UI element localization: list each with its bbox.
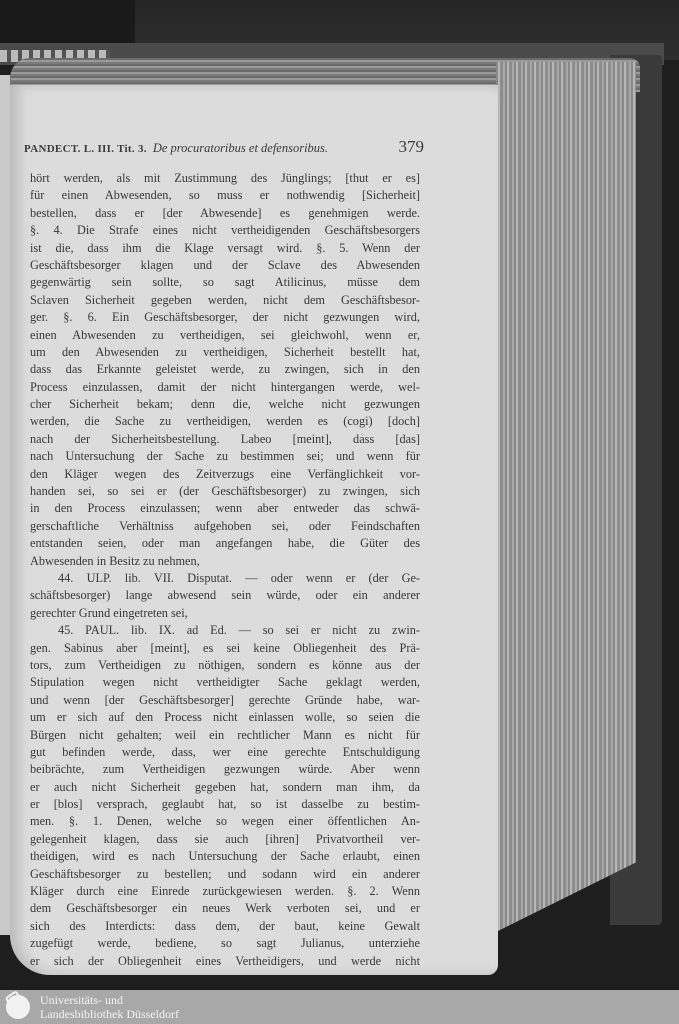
text-line: Abwesenden in Besitz zu nehmen, — [30, 553, 420, 570]
page-edges-right — [496, 62, 636, 932]
text-line: sich des Interdicts: dass dem, der baut,… — [30, 918, 420, 935]
text-line: Geschäftsbesorger klagen und der Sclave … — [30, 257, 420, 274]
text-line: für einen Abwesenden, so muss er nothwen… — [30, 187, 420, 204]
text-line: Geschäftsbesorger zu bestellen; und soda… — [30, 866, 420, 883]
text-line: §. 4. Die Strafe eines nicht vertheidige… — [30, 222, 420, 239]
text-line: Stipulation wegen nicht vertheidigter Sa… — [30, 674, 420, 691]
text-line: schäftsbesorger) lange abwesend sein wür… — [30, 587, 420, 604]
text-line: um er sich auf den Process nicht einlass… — [30, 709, 420, 726]
text-line: Process einzulassen, damit der nicht hin… — [30, 379, 420, 396]
text-line: 44. ULP. lib. VII. Disputat. — oder wenn… — [30, 570, 420, 587]
text-line: bestellen, dass er [der Abwesende] es ge… — [30, 205, 420, 222]
text-line: Sclaven Sicherheit gegeben werden, nicht… — [30, 292, 420, 309]
text-line: tors, zum Vertheidigen zu nöthigen, sond… — [30, 657, 420, 674]
text-line: er sich der Obliegenheit eines Vertheidi… — [30, 953, 420, 970]
text-line: einen Abwesenden zu vertheidigen, sei gl… — [30, 327, 420, 344]
text-line: hört werden, als mit Zustimmung des Jüng… — [30, 170, 420, 187]
text-line: gerschaftliche Verhältniss aufgehoben se… — [30, 518, 420, 535]
text-line: Bürgen nicht gehalten; weil ein rechtlic… — [30, 727, 420, 744]
text-line: dass das Erkannte geleistet werde, zu zw… — [30, 361, 420, 378]
library-name: Universitäts- und Landesbibliothek Düsse… — [40, 993, 179, 1021]
text-line: men. §. 1. Denen, welche so wegen einer … — [30, 813, 420, 830]
text-line: theidigen, wird es nach Untersuchung der… — [30, 848, 420, 865]
text-line: in den Process einzulassen; wenn aber en… — [30, 500, 420, 517]
text-line: gen. Sabinus aber [meint], es sei keine … — [30, 640, 420, 657]
text-line: 45. PAUL. lib. IX. ad Ed. — so sei er ni… — [30, 622, 420, 639]
text-line: ist die, dass ihm die Klage versagt wird… — [30, 240, 420, 257]
text-line: gut befinden werde, dass, wer eine gerec… — [30, 744, 420, 761]
library-name-line2: Landesbibliothek Düsseldorf — [40, 1007, 179, 1021]
running-head-title: De procuratoribus et defensoribus. — [153, 141, 328, 156]
text-line: zugefügt werde, bediene, so sagt Julianu… — [30, 935, 420, 952]
text-line: dem Geschäftsbesorger ein neues Werk ver… — [30, 900, 420, 917]
text-line: handen sei, so sei er (der Geschäftsbeso… — [30, 483, 420, 500]
text-line: nach Untersuchung der Sache zu bestimmen… — [30, 448, 420, 465]
text-line: beibrächte, zum Vertheidigen gezwungen w… — [30, 761, 420, 778]
library-footer-bar: Universitäts- und Landesbibliothek Düsse… — [0, 990, 679, 1024]
running-head-section: PANDECT. L. III. Tit. 3. — [24, 143, 147, 155]
running-head: PANDECT. L. III. Tit. 3. De procuratorib… — [24, 137, 424, 157]
page-body-text: hört werden, als mit Zustimmung des Jüng… — [30, 170, 420, 970]
library-name-line1: Universitäts- und — [40, 993, 179, 1007]
text-line: entstanden seien, oder man angefangen ha… — [30, 535, 420, 552]
page-number: 379 — [399, 137, 425, 157]
text-line: Kläger durch eine Einrede zurückgewiesen… — [30, 883, 420, 900]
text-line: er auch nicht Sicherheit gegeben hat, so… — [30, 779, 420, 796]
text-line: werden, die Sache zu vertheidigen, werde… — [30, 413, 420, 430]
text-line: den Kläger wegen des Zeitverzugs eine Ve… — [30, 466, 420, 483]
text-line: gerechter Grund eingetreten sei, — [30, 605, 420, 622]
text-line: gelegenheit klagen, dass sie auch [ihren… — [30, 831, 420, 848]
ulb-book-logo-icon — [1, 990, 34, 1023]
text-line: nach der Sicherheitsbestellung. Labeo [m… — [30, 431, 420, 448]
text-line: und wenn [der Geschäftsbesorger] gerecht… — [30, 692, 420, 709]
text-line: er [blos] versprach, geglaubt hat, so is… — [30, 796, 420, 813]
text-line: cher Sicherheit bekam; denn die, welche … — [30, 396, 420, 413]
text-line: gegenwärtig sein sollte, so sagt Atilici… — [30, 274, 420, 291]
text-line: ger. §. 6. Ein Geschäftsbesorger, der ni… — [30, 309, 420, 326]
background-top-left — [0, 0, 135, 45]
text-line: um den Abwesenden zu vertheidigen, Siche… — [30, 344, 420, 361]
